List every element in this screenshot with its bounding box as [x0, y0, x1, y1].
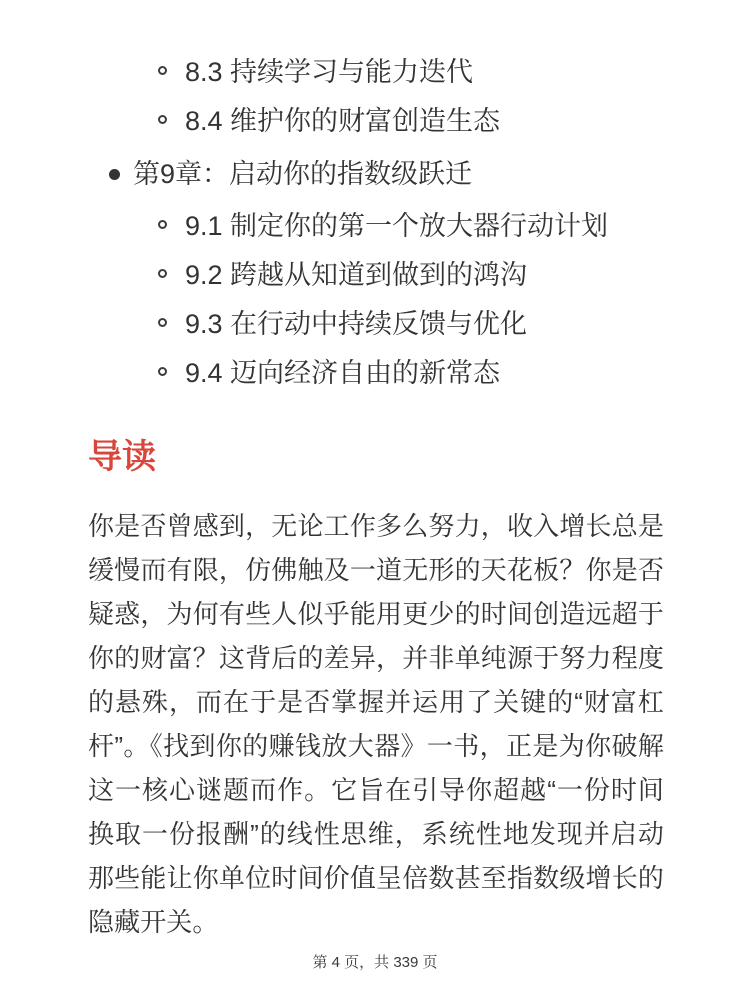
- toc-item-9-3: 9.3 在行动中持续反馈与优化: [88, 307, 664, 341]
- chapter9-list: 第9章：启动你的指数级跃迁 9.1 制定你的第一个放大器行动计划 9.2 跨越从…: [88, 157, 664, 390]
- toc-item-9-4: 9.4 迈向经济自由的新常态: [88, 356, 664, 390]
- table-of-contents: 8.3 持续学习与能力迭代 8.4 维护你的财富创造生态 第9章：启动你的指数级…: [88, 55, 664, 390]
- toc-chapter-9-title: 第9章：启动你的指数级跃迁: [88, 157, 664, 191]
- toc-item-9-1: 9.1 制定你的第一个放大器行动计划: [88, 209, 664, 243]
- page-content: 8.3 持续学习与能力迭代 8.4 维护你的财富创造生态 第9章：启动你的指数级…: [0, 0, 750, 944]
- page-number-indicator: 第 4 页，共 339 页: [0, 951, 750, 972]
- chapter8-subitem-list: 8.3 持续学习与能力迭代 8.4 维护你的财富创造生态: [88, 55, 664, 138]
- intro-paragraph: 你是否曾感到，无论工作多么努力，收入增长总是缓慢而有限，仿佛触及一道无形的天花板…: [88, 504, 664, 944]
- toc-item-9-2: 9.2 跨越从知道到做到的鸿沟: [88, 258, 664, 292]
- section-heading-daodu: 导读: [88, 438, 664, 476]
- toc-chapter-9: 第9章：启动你的指数级跃迁 9.1 制定你的第一个放大器行动计划 9.2 跨越从…: [88, 157, 664, 390]
- document-page: 8.3 持续学习与能力迭代 8.4 维护你的财富创造生态 第9章：启动你的指数级…: [0, 0, 750, 1000]
- toc-item-8-3: 8.3 持续学习与能力迭代: [88, 55, 664, 89]
- toc-item-8-4: 8.4 维护你的财富创造生态: [88, 104, 664, 138]
- chapter9-subitem-list: 9.1 制定你的第一个放大器行动计划 9.2 跨越从知道到做到的鸿沟 9.3 在…: [88, 209, 664, 390]
